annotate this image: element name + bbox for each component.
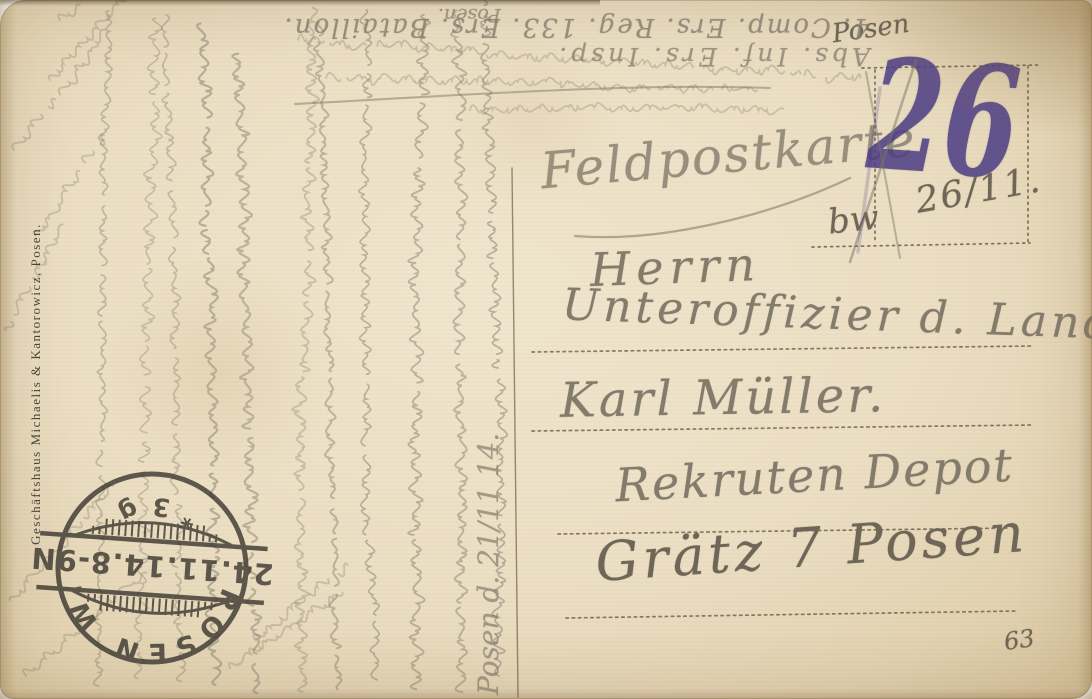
sender-block-upside-down: Abs. Inf. Ers. Insp. 4. Comp. Ers. Reg. … <box>285 12 870 71</box>
sender-line1: 4. Comp. Ers. Reg. 133. Ers. Bataillon. <box>285 12 870 42</box>
corner-number: 63 <box>1002 624 1036 656</box>
initials-note: bw <box>826 197 881 242</box>
address-name: Karl Müller. <box>560 367 887 429</box>
postcard-scan: Feldpostkarte Posen 26 26/11. bw Abs. In… <box>0 0 1092 699</box>
message-date-vertical: Posen d. 21/11 14. <box>472 415 512 695</box>
sender-posen-upside-down: Posen. <box>438 4 501 26</box>
sender-line2: Abs. Inf. Ers. Insp. <box>285 42 870 71</box>
publisher-imprint: Geschäftshaus Michaelis & Kantorowicz, P… <box>28 144 44 624</box>
